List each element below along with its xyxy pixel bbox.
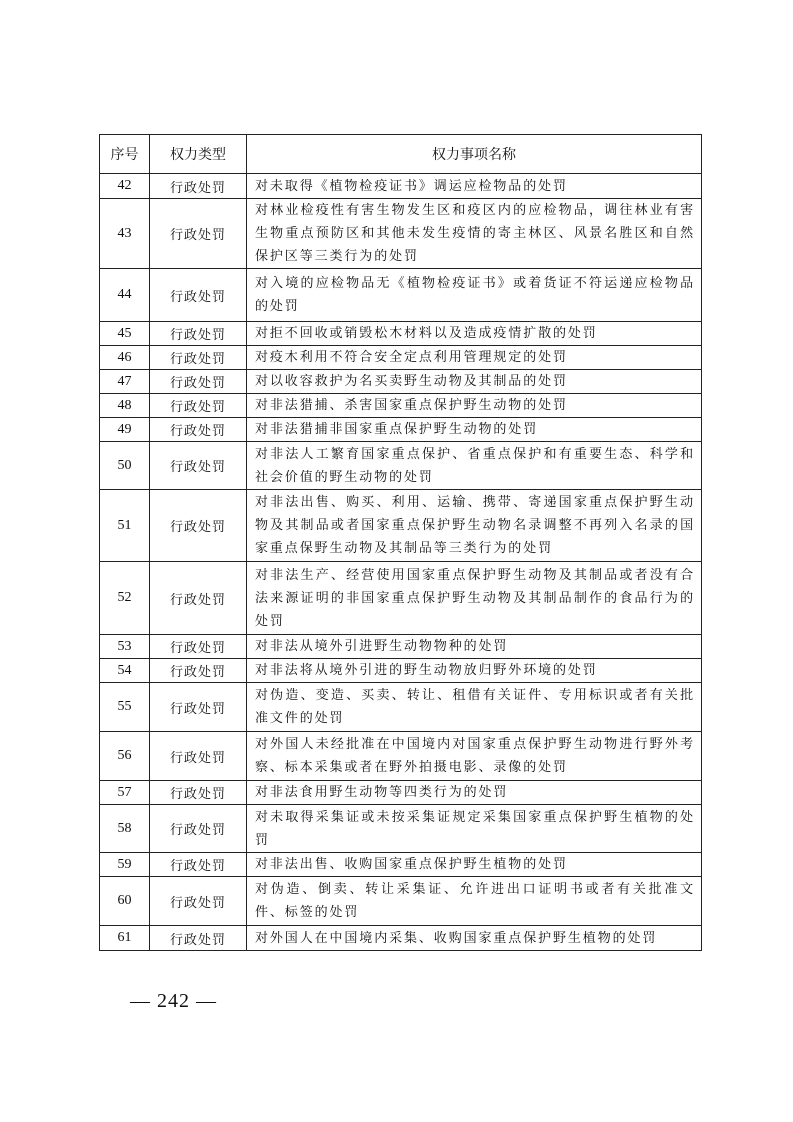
header-seq: 序号 [100, 135, 150, 174]
table-row: 54行政处罚对非法将从境外引进的野生动物放归野外环境的处罚 [100, 659, 702, 683]
header-name: 权力事项名称 [247, 135, 702, 174]
seq-cell: 56 [100, 732, 150, 781]
table-row: 42行政处罚对未取得《植物检疫证书》调运应检物品的处罚 [100, 174, 702, 199]
name-cell: 对伪造、倒卖、转让采集证、允许进出口证明书或者有关批准文件、标签的处罚 [247, 877, 702, 926]
table-body: 42行政处罚对未取得《植物检疫证书》调运应检物品的处罚43行政处罚对林业检疫性有… [100, 174, 702, 951]
name-cell: 对非法出售、购买、利用、运输、携带、寄递国家重点保护野生动物及其制品或者国家重点… [247, 490, 702, 562]
name-cell: 对以收容救护为名买卖野生动物及其制品的处罚 [247, 370, 702, 394]
seq-cell: 57 [100, 781, 150, 805]
table-row: 60行政处罚对伪造、倒卖、转让采集证、允许进出口证明书或者有关批准文件、标签的处… [100, 877, 702, 926]
table-row: 52行政处罚对非法生产、经营使用国家重点保护野生动物及其制品或者没有合法来源证明… [100, 562, 702, 635]
name-cell: 对非法人工繁育国家重点保护、省重点保护和有重要生态、科学和社会价值的野生动物的处… [247, 442, 702, 490]
name-cell: 对拒不回收或销毁松木材料以及造成疫情扩散的处罚 [247, 322, 702, 346]
page-number: — 242 — [130, 990, 217, 1013]
table-row: 61行政处罚对外国人在中国境内采集、收购国家重点保护野生植物的处罚 [100, 926, 702, 951]
power-items-table: 序号 权力类型 权力事项名称 42行政处罚对未取得《植物检疫证书》调运应检物品的… [99, 134, 702, 951]
table-row: 46行政处罚对疫木利用不符合安全定点利用管理规定的处罚 [100, 346, 702, 370]
type-cell: 行政处罚 [150, 322, 247, 346]
type-cell: 行政处罚 [150, 659, 247, 683]
seq-cell: 53 [100, 635, 150, 659]
table-row: 55行政处罚对伪造、变造、买卖、转让、租借有关证件、专用标识或者有关批准文件的处… [100, 683, 702, 732]
name-cell: 对未取得采集证或未按采集证规定采集国家重点保护野生植物的处罚 [247, 805, 702, 853]
type-cell: 行政处罚 [150, 174, 247, 199]
table-row: 47行政处罚对以收容救护为名买卖野生动物及其制品的处罚 [100, 370, 702, 394]
table-row: 50行政处罚对非法人工繁育国家重点保护、省重点保护和有重要生态、科学和社会价值的… [100, 442, 702, 490]
table-row: 43行政处罚对林业检疫性有害生物发生区和疫区内的应检物品，调往林业有害生物重点预… [100, 199, 702, 269]
type-cell: 行政处罚 [150, 562, 247, 635]
table-row: 58行政处罚对未取得采集证或未按采集证规定采集国家重点保护野生植物的处罚 [100, 805, 702, 853]
name-cell: 对外国人在中国境内采集、收购国家重点保护野生植物的处罚 [247, 926, 702, 951]
table-row: 53行政处罚对非法从境外引进野生动物物种的处罚 [100, 635, 702, 659]
seq-cell: 42 [100, 174, 150, 199]
name-cell: 对非法生产、经营使用国家重点保护野生动物及其制品或者没有合法来源证明的非国家重点… [247, 562, 702, 635]
seq-cell: 52 [100, 562, 150, 635]
seq-cell: 59 [100, 853, 150, 877]
seq-cell: 43 [100, 199, 150, 269]
name-cell: 对疫木利用不符合安全定点利用管理规定的处罚 [247, 346, 702, 370]
seq-cell: 55 [100, 683, 150, 732]
type-cell: 行政处罚 [150, 269, 247, 322]
type-cell: 行政处罚 [150, 442, 247, 490]
seq-cell: 50 [100, 442, 150, 490]
type-cell: 行政处罚 [150, 781, 247, 805]
header-type: 权力类型 [150, 135, 247, 174]
seq-cell: 54 [100, 659, 150, 683]
table-row: 51行政处罚对非法出售、购买、利用、运输、携带、寄递国家重点保护野生动物及其制品… [100, 490, 702, 562]
name-cell: 对未取得《植物检疫证书》调运应检物品的处罚 [247, 174, 702, 199]
name-cell: 对林业检疫性有害生物发生区和疫区内的应检物品，调往林业有害生物重点预防区和其他未… [247, 199, 702, 269]
seq-cell: 61 [100, 926, 150, 951]
table-row: 56行政处罚对外国人未经批准在中国境内对国家重点保护野生动物进行野外考察、标本采… [100, 732, 702, 781]
name-cell: 对入境的应检物品无《植物检疫证书》或着货证不符运递应检物品的处罚 [247, 269, 702, 322]
type-cell: 行政处罚 [150, 418, 247, 442]
seq-cell: 49 [100, 418, 150, 442]
table-row: 59行政处罚对非法出售、收购国家重点保护野生植物的处罚 [100, 853, 702, 877]
seq-cell: 45 [100, 322, 150, 346]
table-row: 44行政处罚对入境的应检物品无《植物检疫证书》或着货证不符运递应检物品的处罚 [100, 269, 702, 322]
type-cell: 行政处罚 [150, 805, 247, 853]
table-row: 57行政处罚对非法食用野生动物等四类行为的处罚 [100, 781, 702, 805]
seq-cell: 44 [100, 269, 150, 322]
seq-cell: 48 [100, 394, 150, 418]
table-header-row: 序号 权力类型 权力事项名称 [100, 135, 702, 174]
type-cell: 行政处罚 [150, 394, 247, 418]
name-cell: 对伪造、变造、买卖、转让、租借有关证件、专用标识或者有关批准文件的处罚 [247, 683, 702, 732]
type-cell: 行政处罚 [150, 853, 247, 877]
type-cell: 行政处罚 [150, 877, 247, 926]
table-row: 48行政处罚对非法猎捕、杀害国家重点保护野生动物的处罚 [100, 394, 702, 418]
type-cell: 行政处罚 [150, 926, 247, 951]
table-row: 49行政处罚对非法猎捕非国家重点保护野生动物的处罚 [100, 418, 702, 442]
name-cell: 对非法从境外引进野生动物物种的处罚 [247, 635, 702, 659]
seq-cell: 60 [100, 877, 150, 926]
seq-cell: 47 [100, 370, 150, 394]
name-cell: 对非法猎捕非国家重点保护野生动物的处罚 [247, 418, 702, 442]
type-cell: 行政处罚 [150, 490, 247, 562]
name-cell: 对非法将从境外引进的野生动物放归野外环境的处罚 [247, 659, 702, 683]
type-cell: 行政处罚 [150, 683, 247, 732]
name-cell: 对非法猎捕、杀害国家重点保护野生动物的处罚 [247, 394, 702, 418]
seq-cell: 46 [100, 346, 150, 370]
seq-cell: 58 [100, 805, 150, 853]
type-cell: 行政处罚 [150, 199, 247, 269]
name-cell: 对非法出售、收购国家重点保护野生植物的处罚 [247, 853, 702, 877]
type-cell: 行政处罚 [150, 346, 247, 370]
table-row: 45行政处罚对拒不回收或销毁松木材料以及造成疫情扩散的处罚 [100, 322, 702, 346]
type-cell: 行政处罚 [150, 732, 247, 781]
name-cell: 对非法食用野生动物等四类行为的处罚 [247, 781, 702, 805]
name-cell: 对外国人未经批准在中国境内对国家重点保护野生动物进行野外考察、标本采集或者在野外… [247, 732, 702, 781]
type-cell: 行政处罚 [150, 370, 247, 394]
type-cell: 行政处罚 [150, 635, 247, 659]
seq-cell: 51 [100, 490, 150, 562]
